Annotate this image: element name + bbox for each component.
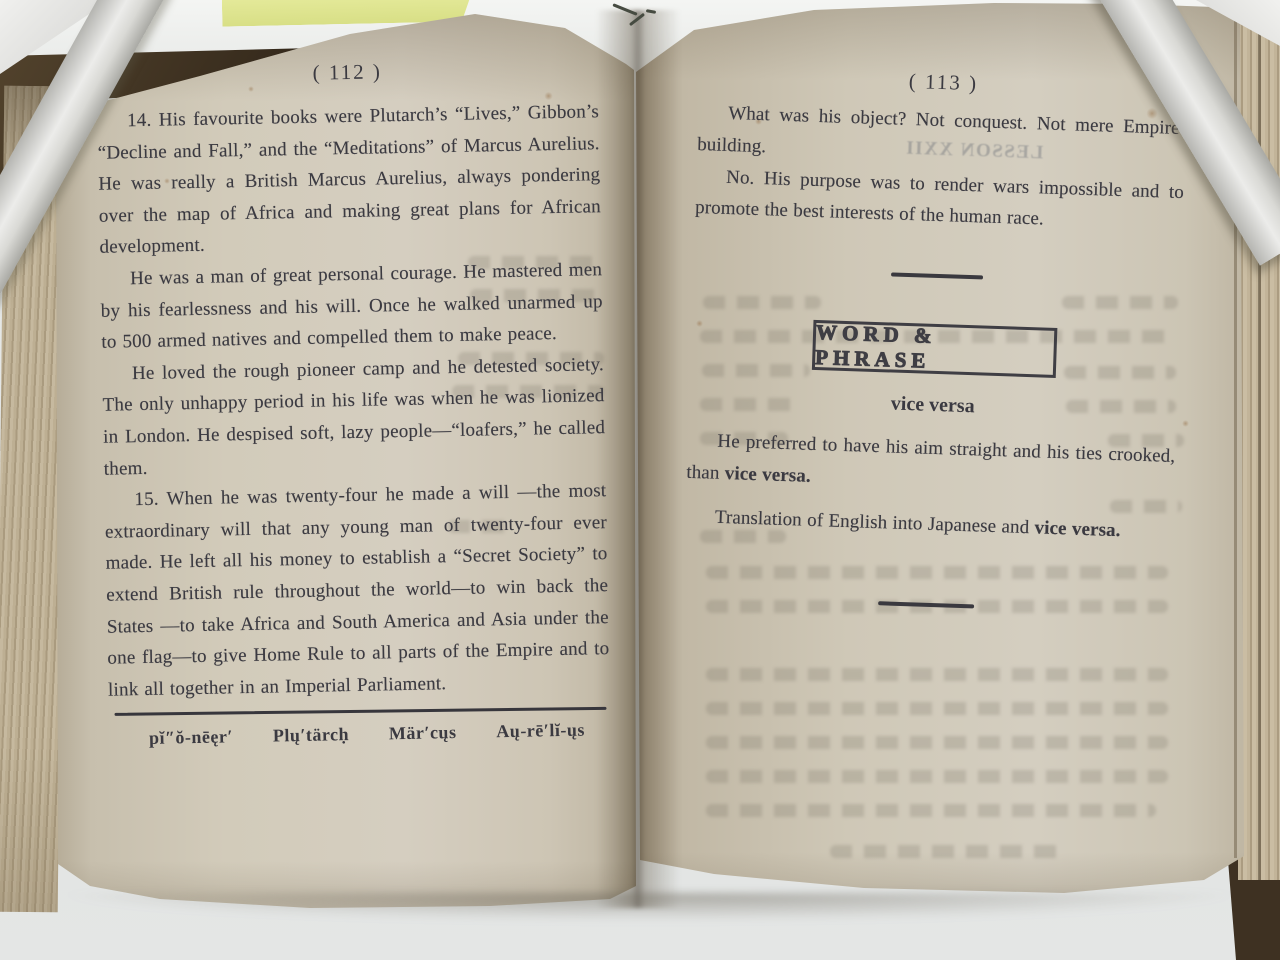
pronunciation-term: pĭ″ŏ-nēęr′ xyxy=(149,727,233,750)
example-1-bold-term: vice versa. xyxy=(724,463,811,487)
showthrough-smudge xyxy=(706,736,1168,749)
book-gutter xyxy=(596,10,680,908)
paragraph-15: 15. When he was twenty-four he made a wi… xyxy=(104,475,610,706)
showthrough-smudge xyxy=(706,702,1168,715)
showthrough-smudge xyxy=(706,804,1156,817)
pronunciation-term: Aų-rē′lĭ-ųs xyxy=(496,720,585,743)
example-sentence-2: Translation of English into Japanese and… xyxy=(684,501,1173,549)
stain-spot xyxy=(1182,420,1189,427)
footnote-rule xyxy=(115,707,607,716)
left-page-text: ( 112 ) 14. His favourite books were Plu… xyxy=(96,55,611,750)
right-page-text: ( 113 ) What was his object? Not conques… xyxy=(682,62,1188,614)
pronunciation-term: Plų′tärcḥ xyxy=(273,724,350,746)
paragraph-14: 14. His favourite books were Plutarch’s … xyxy=(97,96,602,264)
section-divider-rule xyxy=(891,273,983,280)
book-photo: LESSON XXII ( 112 ) 14. His favourite bo… xyxy=(0,0,1280,960)
showthrough-smudge xyxy=(706,668,1168,681)
example-2-bold-term: vice versa. xyxy=(1034,517,1121,541)
example-2-text: Translation of English into Japanese and xyxy=(715,507,1035,539)
word-and-phrase-title: WORD & PHRASE xyxy=(815,320,1055,378)
showthrough-smudge xyxy=(830,845,1060,858)
page-bottom-shadow xyxy=(60,893,1240,921)
example-sentence-1: He preferred to have his aim straight an… xyxy=(686,425,1176,505)
showthrough-smudge xyxy=(706,770,1168,783)
pronunciation-term: Mär′cųs xyxy=(389,722,457,744)
headword-vice-versa: vice versa xyxy=(688,386,1176,425)
paragraph-courage: He was a man of great personal courage. … xyxy=(100,254,604,358)
word-and-phrase-box: WORD & PHRASE xyxy=(812,320,1058,378)
paragraph-pioneer: He loved the rough pioneer camp and he d… xyxy=(102,349,606,485)
